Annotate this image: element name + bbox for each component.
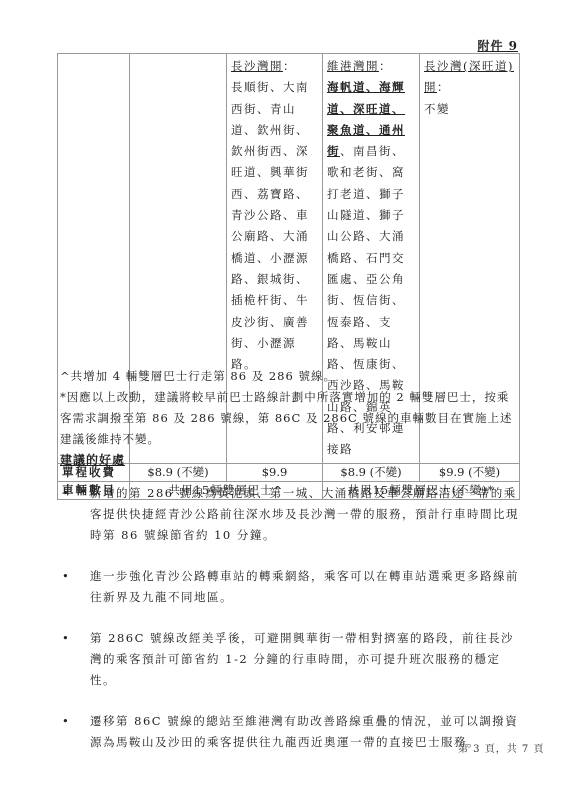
section-title-benefits: 建議的好處 xyxy=(60,451,125,468)
note-asterisk: *因應以上改動，建議將較早前巴士路線計劃中所落實增加的 2 輛雙層巴士，按乘客需… xyxy=(60,387,515,450)
benefit-text: 新增的第 286 號線為黃泥頭、第一城、大涌橋路及車公廟路沿途一帶的乘客提供快捷… xyxy=(90,486,519,542)
note-caret: ^共增加 4 輛雙層巴士行走第 86 及 286 號線。 xyxy=(60,366,515,387)
bullet-icon: • xyxy=(62,566,70,587)
route-street-list: 不變 xyxy=(424,102,450,116)
fare-value: $8.9 (不變) xyxy=(130,463,227,481)
fare-value: $8.9 (不變) xyxy=(323,463,420,481)
annex-label: 附件 9 xyxy=(477,37,518,54)
colon: ： xyxy=(283,59,296,73)
benefit-text: 進一步強化青沙公路轉車站的轉乘網絡，乘客可以在轉車站選乘更多路線前往新界及九龍不… xyxy=(90,569,519,604)
page-indicator: 第 3 頁，共 7 頁 xyxy=(458,740,544,755)
fare-value: $9.9 (不變) xyxy=(420,463,520,481)
route-origin-heading: 維港灣開 xyxy=(327,59,379,73)
benefit-text: 第 286C 號線改經美孚後，可避開興華街一帶相對擠塞的路段，前往長沙灣的乘客預… xyxy=(90,631,514,687)
benefit-item: •遷移第 86C 號線的總站至維港灣有助改善路線重疊的情況，並可以調撥資源為馬鞍… xyxy=(60,711,520,753)
colon: ： xyxy=(379,59,392,73)
benefit-item: •新增的第 286 號線為黃泥頭、第一城、大涌橋路及車公廟路沿途一帶的乘客提供快… xyxy=(60,483,520,546)
benefit-text: 遷移第 86C 號線的總站至維港灣有助改善路線重疊的情況，並可以調撥資源為馬鞍山… xyxy=(90,714,518,749)
bullet-icon: • xyxy=(62,483,70,504)
route-street-list: 長順街、大南西街、青山道、欽州街、欽州街西、深旺道、興華街西、荔寶路、青沙公路、… xyxy=(231,80,309,371)
benefits-list: •新增的第 286 號線為黃泥頭、第一城、大涌橋路及車公廟路沿途一帶的乘客提供快… xyxy=(60,483,520,773)
route-origin-heading: 長沙灣開 xyxy=(231,59,283,73)
colon: ： xyxy=(437,80,450,94)
bullet-icon: • xyxy=(62,628,70,649)
table-notes: ^共增加 4 輛雙層巴士行走第 86 及 286 號線。 *因應以上改動，建議將… xyxy=(60,366,515,450)
fare-value: $9.9 xyxy=(227,463,323,481)
bullet-icon: • xyxy=(62,711,70,732)
fare-row: 單程收費 $8.9 (不變) $9.9 $8.9 (不變) $9.9 (不變) xyxy=(58,463,520,481)
benefit-item: •進一步強化青沙公路轉車站的轉乘網絡，乘客可以在轉車站選乘更多路線前往新界及九龍… xyxy=(60,566,520,608)
benefit-item: •第 286C 號線改經美孚後，可避開興華街一帶相對擠塞的路段，前往長沙灣的乘客… xyxy=(60,628,520,691)
